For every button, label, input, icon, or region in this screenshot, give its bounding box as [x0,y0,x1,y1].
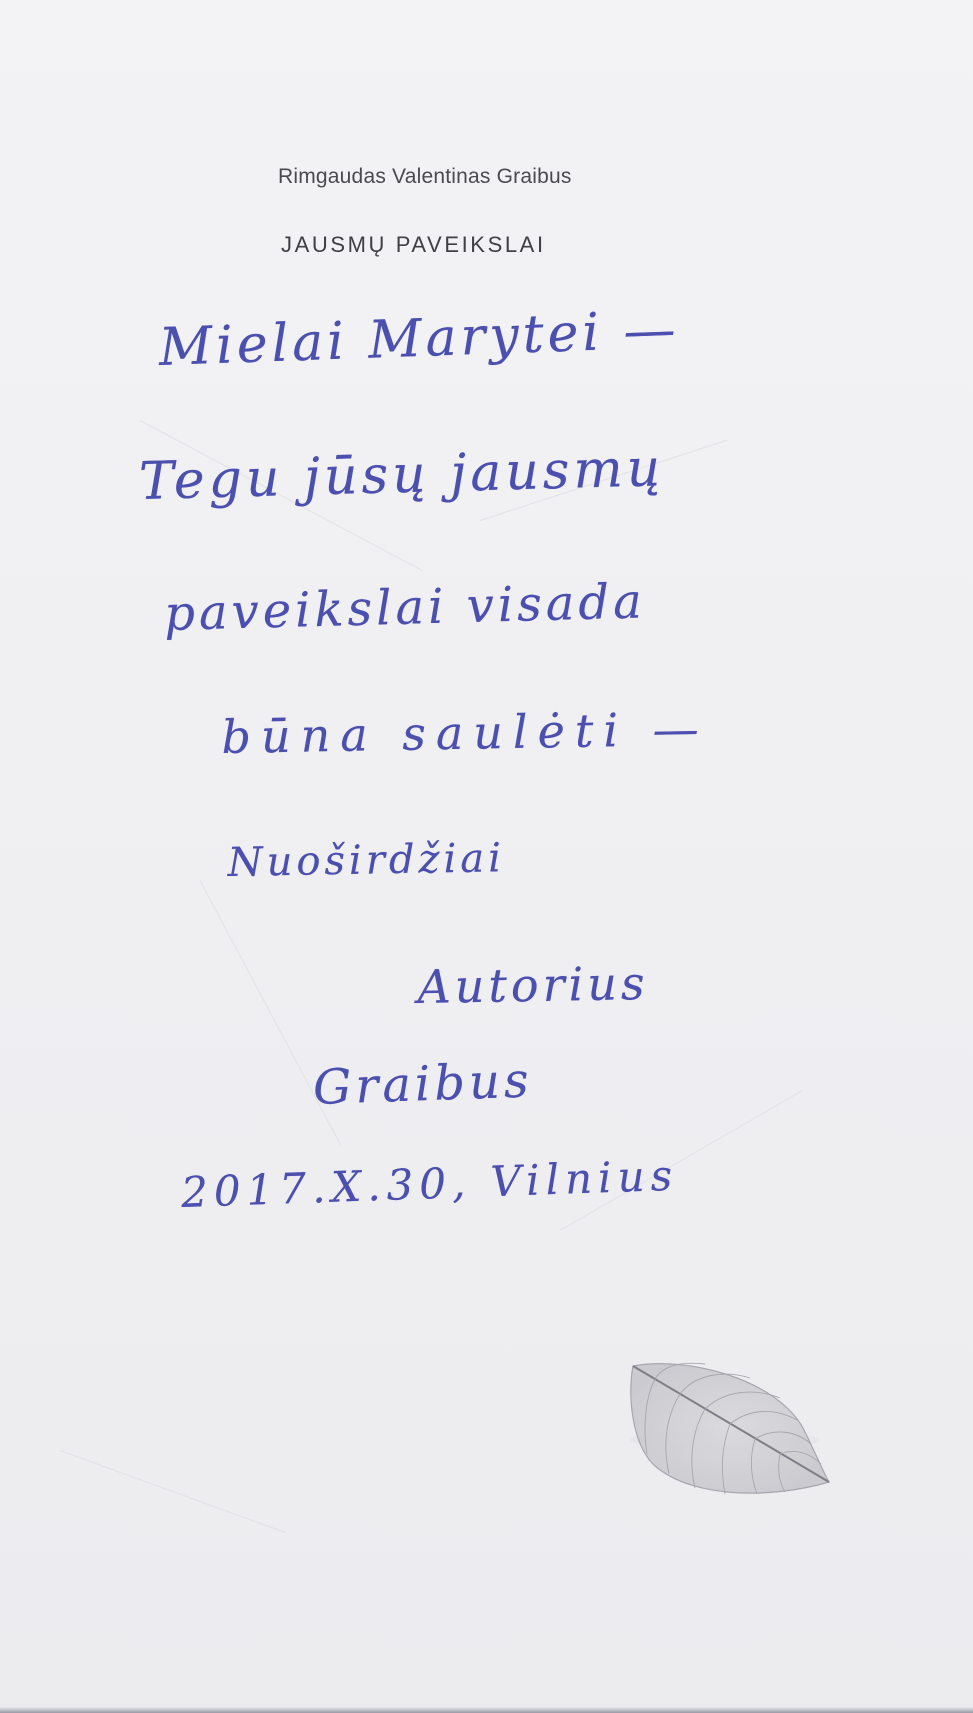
paper-scratch [60,1450,286,1533]
inscription-signature: Graibus [312,1052,533,1116]
inscription-date-place: 2017.X.30, Vilnius [180,1151,679,1217]
inscription-signature-label: Autorius [417,956,649,1014]
page-bottom-edge [0,1707,973,1713]
inscription-line: Tegu jūsų jausmų [138,438,665,512]
book-title: JAUSMŲ PAVEIKSLAI [281,232,546,258]
skeleton-leaf-icon [625,1358,835,1508]
book-author: Rimgaudas Valentinas Graibus [278,165,572,189]
inscription-line: Nuoširdžiai [227,835,505,886]
inscription-line: būna saulėti — [221,702,709,764]
inscription-line: Mielai Marytei — [158,300,681,378]
book-page: Rimgaudas Valentinas Graibus JAUSMŲ PAVE… [0,0,973,1713]
inscription-line: paveikslai visada [164,573,647,642]
